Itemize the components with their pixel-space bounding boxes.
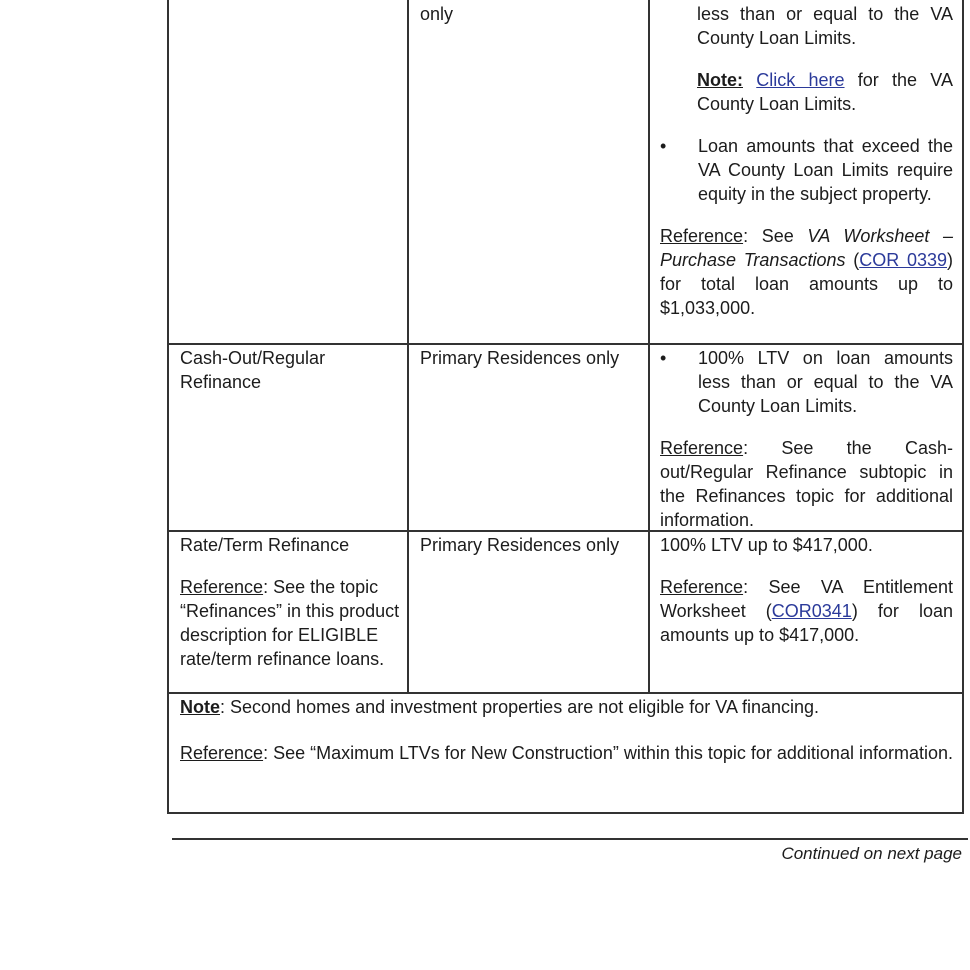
row2-reference: Reference: See the Cash-out/Regular Refi… — [660, 436, 953, 532]
row2-transaction-cell: Cash-Out/Regular Refinance — [180, 346, 390, 394]
table-border-bottom — [167, 812, 964, 814]
row-divider-3 — [167, 692, 964, 694]
row3-transaction-reference: Reference: See the topic “Refinances” in… — [180, 575, 400, 671]
row2-occupancy-text: Primary Residences only — [420, 346, 620, 370]
cor0341-link[interactable]: COR0341 — [772, 601, 852, 621]
row1-reference: Reference: See VA Worksheet – Purchase T… — [660, 224, 953, 320]
row3-reference: Reference: See VA Entitlement Worksheet … — [660, 575, 953, 647]
row1-bullet1-tail: less than or equal to the VA County Loan… — [697, 2, 953, 50]
row3-occupancy-cell: Primary Residences only — [420, 533, 620, 557]
row1-bullet2: • Loan amounts that exceed the VA County… — [660, 134, 953, 206]
row1-occupancy-text: only — [420, 2, 640, 26]
bullet-icon: • — [660, 346, 666, 370]
page-footer-rule — [172, 838, 968, 840]
row3-ltv-line1: 100% LTV up to $417,000. — [660, 533, 953, 557]
click-here-link[interactable]: Click here — [756, 70, 844, 90]
row3-occupancy-text: Primary Residences only — [420, 533, 620, 557]
document-page: only less than or equal to the VA County… — [0, 0, 970, 970]
row2-transaction-text: Cash-Out/Regular Refinance — [180, 346, 390, 394]
row2-bullet1: • 100% LTV on loan amounts less than or … — [660, 346, 953, 418]
cor0339-link[interactable]: COR 0339 — [859, 250, 947, 270]
row-divider-1 — [167, 343, 964, 345]
row3-transaction-text: Rate/Term Refinance — [180, 533, 400, 557]
row2-ltv-cell: • 100% LTV on loan amounts less than or … — [660, 346, 953, 532]
bullet-icon: • — [660, 134, 666, 158]
continued-on-next-page: Continued on next page — [781, 842, 962, 866]
row1-ltv-cell: less than or equal to the VA County Loan… — [660, 2, 953, 320]
row3-ltv-cell: 100% LTV up to $417,000. Reference: See … — [660, 533, 953, 647]
row3-transaction-cell: Rate/Term Refinance Reference: See the t… — [180, 533, 400, 671]
column-divider-1 — [407, 0, 409, 693]
note-label: Note: — [697, 70, 743, 90]
column-divider-2 — [648, 0, 650, 693]
footer-reference: Reference: See “Maximum LTVs for New Con… — [180, 741, 955, 765]
row1-occupancy-cell: only — [420, 2, 640, 26]
row1-note: Note: Click here for the VA County Loan … — [697, 68, 953, 116]
table-footer-cell: Note: Second homes and investment proper… — [180, 695, 955, 765]
footer-note: Note: Second homes and investment proper… — [180, 695, 955, 719]
row2-occupancy-cell: Primary Residences only — [420, 346, 620, 370]
